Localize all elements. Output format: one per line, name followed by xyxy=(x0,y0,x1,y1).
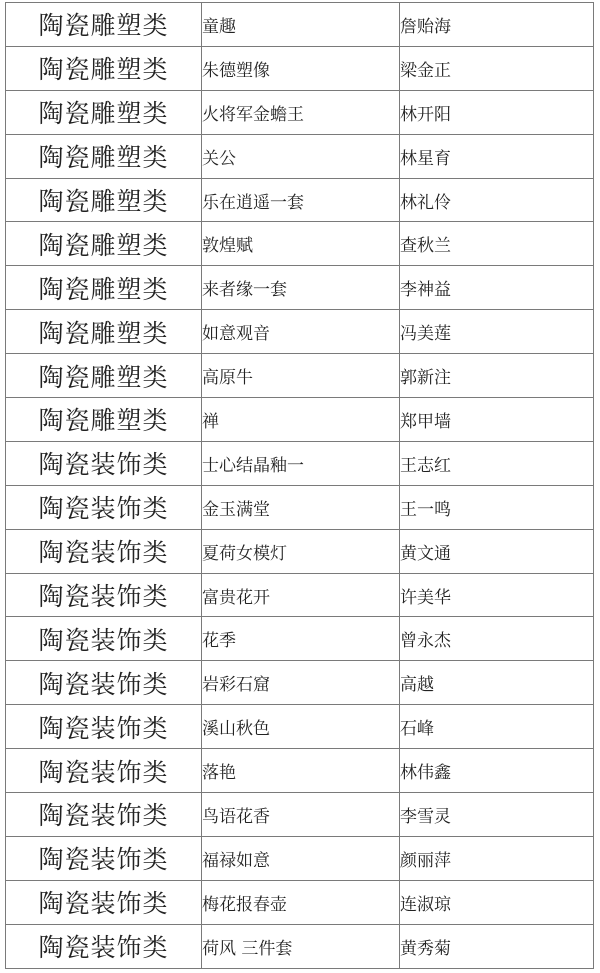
author-cell: 李雪灵 xyxy=(400,793,594,837)
author-cell: 郭新注 xyxy=(400,354,594,398)
title-cell: 金玉满堂 xyxy=(202,485,400,529)
author-cell: 连淑琼 xyxy=(400,880,594,924)
title-cell: 关公 xyxy=(202,134,400,178)
table-row: 陶瓷雕塑类 来者缘一套 李神益 xyxy=(6,266,594,310)
author-cell: 查秋兰 xyxy=(400,222,594,266)
title-cell: 富贵花开 xyxy=(202,573,400,617)
title-cell: 高原牛 xyxy=(202,354,400,398)
category-cell: 陶瓷雕塑类 xyxy=(6,90,202,134)
category-cell: 陶瓷装饰类 xyxy=(6,661,202,705)
category-cell: 陶瓷装饰类 xyxy=(6,529,202,573)
title-cell: 敦煌赋 xyxy=(202,222,400,266)
table-row: 陶瓷雕塑类 乐在逍遥一套 林礼伶 xyxy=(6,178,594,222)
author-cell: 林伟鑫 xyxy=(400,749,594,793)
table-row: 陶瓷装饰类 夏荷女模灯 黄文通 xyxy=(6,529,594,573)
table-row: 陶瓷装饰类 荷风 三件套 黄秀菊 xyxy=(6,924,594,968)
category-cell: 陶瓷雕塑类 xyxy=(6,310,202,354)
table-row: 陶瓷装饰类 士心结晶釉一 王志红 xyxy=(6,441,594,485)
table-row: 陶瓷雕塑类 禅 郑甲墙 xyxy=(6,398,594,442)
title-cell: 岩彩石窟 xyxy=(202,661,400,705)
table-row: 陶瓷雕塑类 如意观音 冯美莲 xyxy=(6,310,594,354)
table-row: 陶瓷雕塑类 敦煌赋 查秋兰 xyxy=(6,222,594,266)
author-cell: 王一鸣 xyxy=(400,485,594,529)
category-cell: 陶瓷装饰类 xyxy=(6,441,202,485)
category-cell: 陶瓷装饰类 xyxy=(6,880,202,924)
table-row: 陶瓷装饰类 花季 曾永杰 xyxy=(6,617,594,661)
author-cell: 王志红 xyxy=(400,441,594,485)
author-cell: 高越 xyxy=(400,661,594,705)
category-cell: 陶瓷装饰类 xyxy=(6,485,202,529)
table-row: 陶瓷装饰类 落艳 林伟鑫 xyxy=(6,749,594,793)
category-cell: 陶瓷装饰类 xyxy=(6,924,202,968)
table-row: 陶瓷雕塑类 火将军金蟾王 林开阳 xyxy=(6,90,594,134)
document-page: 陶瓷雕塑类 童趣 詹贻海 陶瓷雕塑类 朱德塑像 梁金正 陶瓷雕塑类 火将军金蟾王… xyxy=(5,2,594,969)
category-cell: 陶瓷雕塑类 xyxy=(6,3,202,47)
title-cell: 禅 xyxy=(202,398,400,442)
table-row: 陶瓷雕塑类 高原牛 郭新注 xyxy=(6,354,594,398)
author-cell: 林开阳 xyxy=(400,90,594,134)
table-row: 陶瓷装饰类 梅花报春壶 连淑琼 xyxy=(6,880,594,924)
table-row: 陶瓷雕塑类 朱德塑像 梁金正 xyxy=(6,46,594,90)
category-cell: 陶瓷装饰类 xyxy=(6,749,202,793)
author-cell: 石峰 xyxy=(400,705,594,749)
title-cell: 朱德塑像 xyxy=(202,46,400,90)
author-cell: 詹贻海 xyxy=(400,3,594,47)
table-body: 陶瓷雕塑类 童趣 詹贻海 陶瓷雕塑类 朱德塑像 梁金正 陶瓷雕塑类 火将军金蟾王… xyxy=(6,3,594,969)
table-row: 陶瓷装饰类 鸟语花香 李雪灵 xyxy=(6,793,594,837)
title-cell: 福禄如意 xyxy=(202,836,400,880)
category-cell: 陶瓷装饰类 xyxy=(6,617,202,661)
works-table: 陶瓷雕塑类 童趣 詹贻海 陶瓷雕塑类 朱德塑像 梁金正 陶瓷雕塑类 火将军金蟾王… xyxy=(5,2,594,969)
title-cell: 乐在逍遥一套 xyxy=(202,178,400,222)
author-cell: 黄文通 xyxy=(400,529,594,573)
category-cell: 陶瓷装饰类 xyxy=(6,836,202,880)
title-cell: 荷风 三件套 xyxy=(202,924,400,968)
table-row: 陶瓷雕塑类 关公 林星育 xyxy=(6,134,594,178)
category-cell: 陶瓷雕塑类 xyxy=(6,398,202,442)
author-cell: 曾永杰 xyxy=(400,617,594,661)
author-cell: 黄秀菊 xyxy=(400,924,594,968)
category-cell: 陶瓷雕塑类 xyxy=(6,222,202,266)
category-cell: 陶瓷装饰类 xyxy=(6,793,202,837)
category-cell: 陶瓷雕塑类 xyxy=(6,354,202,398)
author-cell: 冯美莲 xyxy=(400,310,594,354)
table-row: 陶瓷装饰类 富贵花开 许美华 xyxy=(6,573,594,617)
title-cell: 溪山秋色 xyxy=(202,705,400,749)
author-cell: 林礼伶 xyxy=(400,178,594,222)
table-row: 陶瓷装饰类 溪山秋色 石峰 xyxy=(6,705,594,749)
title-cell: 鸟语花香 xyxy=(202,793,400,837)
title-cell: 童趣 xyxy=(202,3,400,47)
title-cell: 如意观音 xyxy=(202,310,400,354)
category-cell: 陶瓷装饰类 xyxy=(6,705,202,749)
title-cell: 士心结晶釉一 xyxy=(202,441,400,485)
category-cell: 陶瓷雕塑类 xyxy=(6,134,202,178)
author-cell: 梁金正 xyxy=(400,46,594,90)
table-row: 陶瓷装饰类 福禄如意 颜丽萍 xyxy=(6,836,594,880)
category-cell: 陶瓷装饰类 xyxy=(6,573,202,617)
author-cell: 郑甲墙 xyxy=(400,398,594,442)
author-cell: 李神益 xyxy=(400,266,594,310)
title-cell: 落艳 xyxy=(202,749,400,793)
title-cell: 来者缘一套 xyxy=(202,266,400,310)
author-cell: 许美华 xyxy=(400,573,594,617)
title-cell: 梅花报春壶 xyxy=(202,880,400,924)
author-cell: 颜丽萍 xyxy=(400,836,594,880)
table-row: 陶瓷雕塑类 童趣 詹贻海 xyxy=(6,3,594,47)
table-row: 陶瓷装饰类 岩彩石窟 高越 xyxy=(6,661,594,705)
author-cell: 林星育 xyxy=(400,134,594,178)
title-cell: 夏荷女模灯 xyxy=(202,529,400,573)
table-row: 陶瓷装饰类 金玉满堂 王一鸣 xyxy=(6,485,594,529)
category-cell: 陶瓷雕塑类 xyxy=(6,178,202,222)
category-cell: 陶瓷雕塑类 xyxy=(6,46,202,90)
category-cell: 陶瓷雕塑类 xyxy=(6,266,202,310)
title-cell: 花季 xyxy=(202,617,400,661)
title-cell: 火将军金蟾王 xyxy=(202,90,400,134)
